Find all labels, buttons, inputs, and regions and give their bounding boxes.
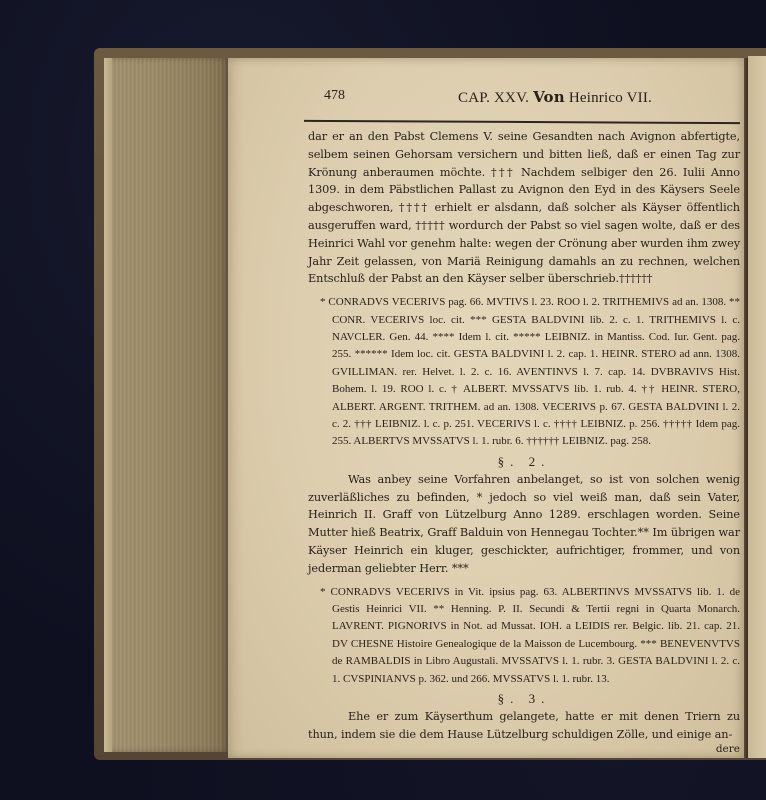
chapter-subject: Heinrico VII.	[569, 90, 652, 106]
footnote-mark: †††††	[663, 418, 696, 430]
paragraph-3-text: Ehe er zum Käyserthum gelangete, hatte e…	[308, 708, 740, 744]
chapter-von: Von	[533, 88, 565, 106]
section-heading-3: §. 3.	[308, 691, 740, 707]
paragraph-1-text: dar er an den Pabst Clemens V. seine Ges…	[308, 128, 740, 288]
footnote-text: CONR. VECERIVS loc. cit.	[332, 314, 470, 326]
footnote-mark: ****	[432, 331, 458, 343]
footnote-mark: ††	[641, 383, 661, 395]
chapter-label: CAP. XXV.	[458, 90, 529, 106]
chapter-title: CAP. XXV. Von Heinrico VII.	[458, 88, 652, 107]
footnote-mark: ††††††	[526, 435, 562, 447]
catchword: dere	[308, 744, 740, 754]
footnote-mark: ******	[355, 348, 391, 360]
paragraph-2-text: Was anbey seine Vorfahren anbelanget, so…	[308, 471, 740, 578]
page-block-highlight	[104, 58, 112, 752]
footnote-text: LEIBNIZ. p. 256.	[581, 418, 663, 430]
footnote-text: LEIBNIZ. l. c. p. 251. VECERIVS l. c.	[375, 418, 554, 430]
footnote-text: LEIBNIZ. pag. 258.	[562, 435, 651, 447]
footnotes-block-1: * CONRADVS VECERIVS pag. 66. MVTIVS l. 2…	[308, 294, 740, 451]
footnote-text: ALBERT. MVSSATVS lib. 1. rub. 4.	[463, 383, 641, 395]
footnotes-block-2: * CONRADVS VECERIVS in Vit. ipsius pag. …	[308, 584, 740, 688]
footnote-mark: †	[451, 383, 463, 395]
footnote-text: Idem l. cit.	[459, 331, 514, 343]
footnote-mark: ***	[640, 638, 660, 650]
facing-page-edge	[748, 56, 766, 758]
section-heading-2: §. 2.	[308, 454, 740, 470]
paragraph-3: Ehe er zum Käyserthum gelangete, hatte e…	[308, 708, 740, 744]
paragraph-2: Was anbey seine Vorfahren anbelanget, so…	[308, 471, 740, 578]
footnote-mark: ***	[470, 314, 492, 326]
footnote-mark: **	[729, 296, 740, 308]
page-block-edge	[104, 58, 228, 752]
footnote-mark: †††	[354, 418, 375, 430]
footnote-mark: *	[320, 586, 331, 598]
footnotes-1-text: * CONRADVS VECERIVS pag. 66. MVTIVS l. 2…	[332, 294, 740, 451]
footnotes-2-text: * CONRADVS VECERIVS in Vit. ipsius pag. …	[332, 584, 740, 688]
footnote-mark: **	[433, 603, 451, 615]
page-content: 478 CAP. XXV. Von Heinrico VII. dar er a…	[308, 88, 740, 754]
running-head: 478 CAP. XXV. Von Heinrico VII.	[308, 88, 740, 110]
paragraph-1: dar er an den Pabst Clemens V. seine Ges…	[308, 128, 740, 288]
header-rule	[304, 120, 740, 124]
footnote-mark: *****	[513, 331, 545, 343]
footnote-text: CONRADVS VECERIVS pag. 66. MVTIVS l. 23.…	[328, 296, 729, 308]
footnote-mark: ††††	[554, 418, 581, 430]
page-number: 478	[324, 88, 345, 104]
